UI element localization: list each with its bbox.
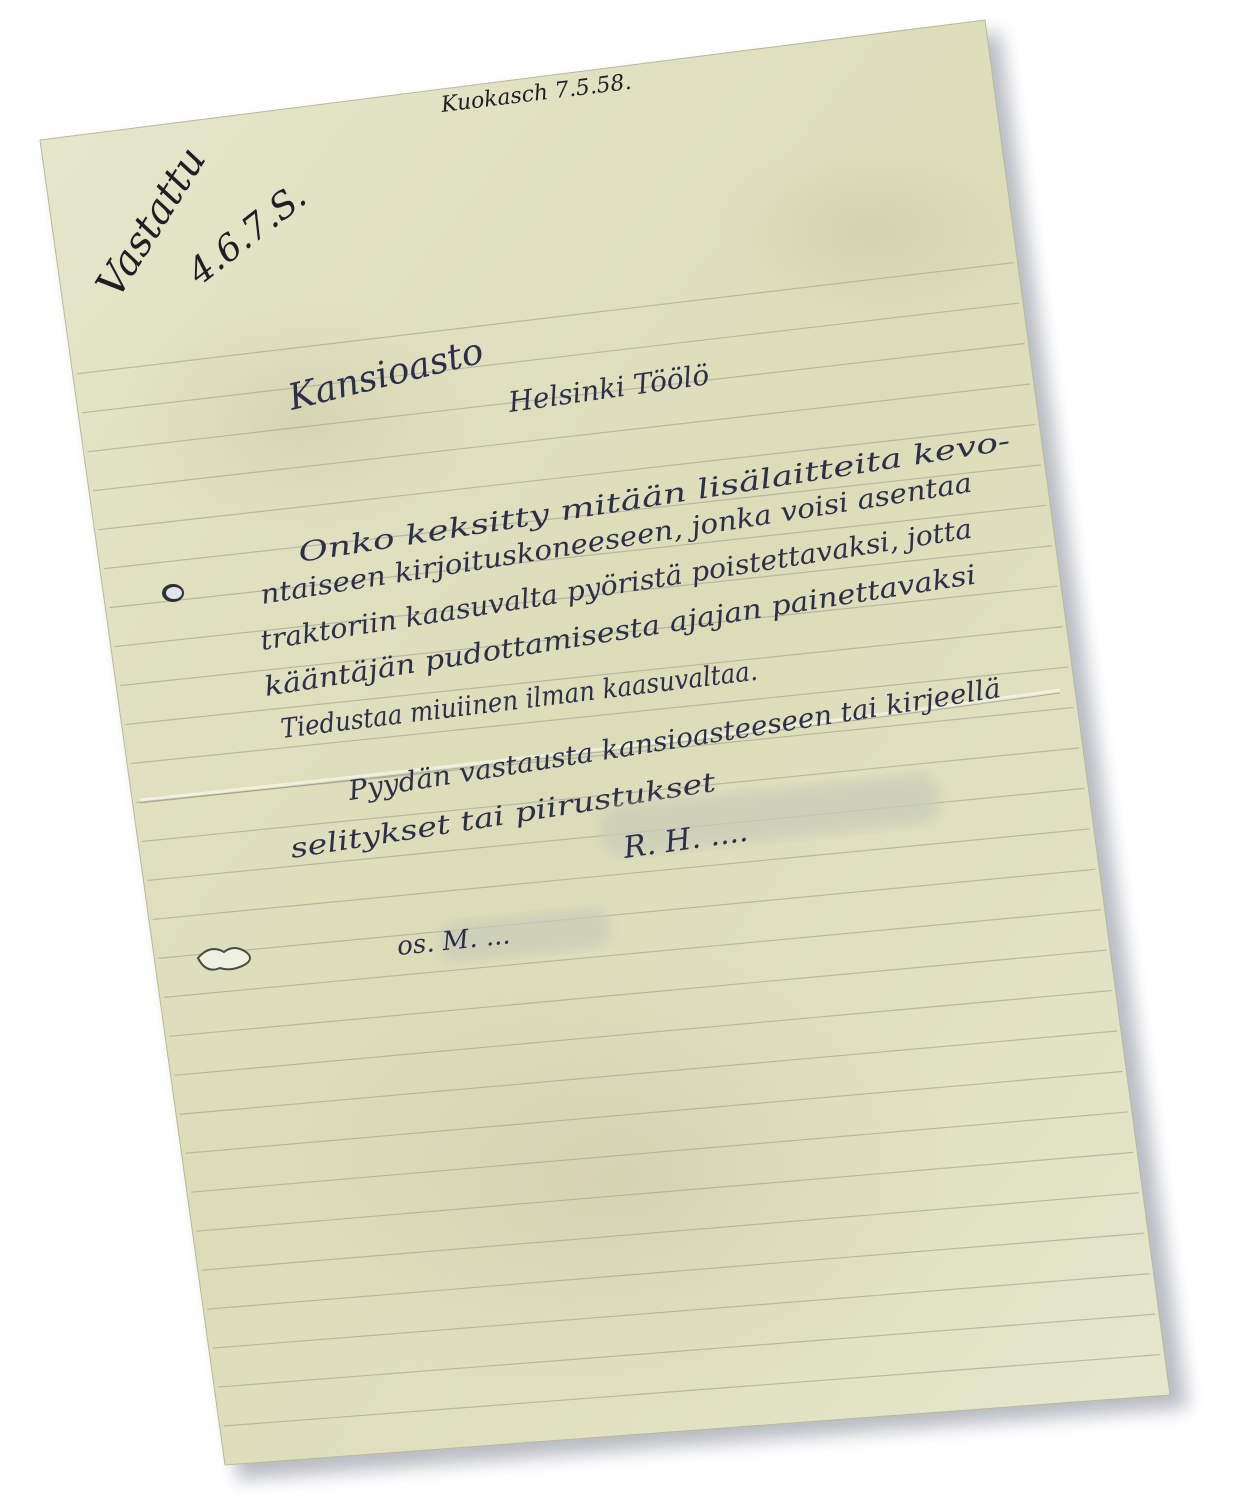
punch-hole-upper [162,584,184,602]
punch-hole-lower-torn [198,948,250,970]
document-photo: Kuokasch 7.5.58. Vastattu 4.6.7.S. Kansi… [0,0,1240,1510]
